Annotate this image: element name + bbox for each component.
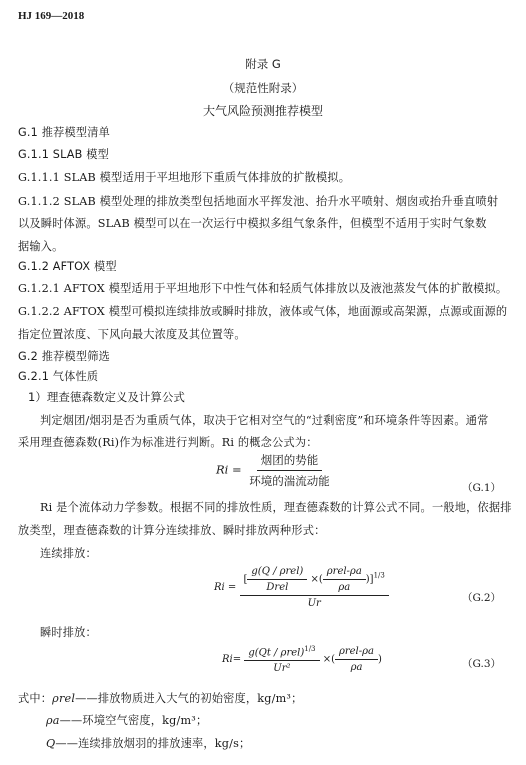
equation-g2-inner-num: g(Q / ρrel) xyxy=(251,566,303,577)
equation-g1-lhs: Ri xyxy=(216,463,228,477)
equation-g2-ratio-den: ρa xyxy=(338,582,350,593)
symbol-rho-a: ρa xyxy=(46,714,60,727)
paragraph-2-line2: 放类型，理查德森数的计算分连续排放、瞬时排放两种形式： xyxy=(18,522,325,538)
definition-rho-a: ρa——环境空气密度，kg/m³； xyxy=(46,712,207,728)
section-g21-heading: G.2.1 气体性质 xyxy=(18,368,98,384)
definition-rho-rel: 式中：ρrel——排放物质进入大气的初始密度，kg/m³； xyxy=(18,690,303,706)
continuous-release-label: 连续排放： xyxy=(40,545,97,561)
definition-rho-a-text: ——环境空气密度，kg/m³； xyxy=(60,714,208,727)
equation-g2-ratio-num: ρrel-ρa xyxy=(327,566,362,577)
section-g2-heading: G.2 推荐模型筛选 xyxy=(18,348,110,364)
equation-g1-number: （G.1） xyxy=(462,480,501,495)
clause-g122-line2: 指定位置浓度、下风向最大浓度及其位置等。 xyxy=(18,326,246,342)
definition-q-text: ——连续排放烟羽的排放速率，kg/s； xyxy=(55,737,250,750)
equation-g3-num: g(Qt / ρrel) xyxy=(248,647,304,658)
section-g12-heading: G.1.2 AFTOX 模型 xyxy=(18,258,117,274)
equation-g1: Ri = 烟团的势能 环境的湍流动能 xyxy=(216,452,334,489)
appendix-label: 附录 G xyxy=(0,56,526,72)
symbol-rho-rel: ρrel xyxy=(52,692,75,705)
equation-g3-number: （G.3） xyxy=(462,656,501,671)
equation-g2-denominator: Ur xyxy=(308,598,321,609)
clause-g121: G.1.2.1 AFTOX 模型适用于平坦地形下中性气体和轻质气体排放以及液池蒸… xyxy=(18,280,507,296)
equation-g3-lhs: Ri xyxy=(222,654,233,665)
clause-g112-line2: 以及瞬时体源。SLAB 模型可以在一次运行中模拟多组气象条件，但模型不适用于实时… xyxy=(18,215,487,231)
equation-g2-inner-den: Drel xyxy=(266,582,288,593)
equation-g3-exponent: 1/3 xyxy=(304,645,315,653)
equation-g2-number: （G.2） xyxy=(462,590,501,605)
equation-g2-lhs: Ri xyxy=(214,582,225,593)
equation-g3-ratio-den: ρa xyxy=(351,662,363,673)
standard-code-header: HJ 169—2018 xyxy=(18,10,84,22)
clause-g111: G.1.1.1 SLAB 模型适用于平坦地形下重质气体排放的扩散模拟。 xyxy=(18,169,350,185)
equation-g2: Ri = [g(Q / ρrel)Drel ×(ρrel-ρaρa)]1/3 U… xyxy=(214,566,389,609)
equation-g3: Ri= g(Qt / ρrel)1/3 Ur² ×( ρrel-ρa ρa ) xyxy=(222,645,382,674)
paragraph-2-line1: Ri 是个流体动力学参数。根据不同的排放性质，理查德森数的计算公式不同。一般地，… xyxy=(40,499,512,515)
paragraph-1-line2: 采用理查德森数(Ri)作为标准进行判断。Ri 的概念公式为： xyxy=(18,434,318,450)
definition-rho-rel-text: ——排放物质进入大气的初始密度，kg/m³； xyxy=(75,692,302,705)
definition-q: Q——连续排放烟羽的排放速率，kg/s； xyxy=(46,735,250,751)
clause-g112-line1: G.1.1.2 SLAB 模型处理的排放类型包括地面水平挥发池、抬升水平喷射、烟… xyxy=(18,193,498,209)
clause-g122-line1: G.1.2.2 AFTOX 模型可模拟连续排放或瞬时排放，液体或气体，地面源或高… xyxy=(18,303,507,319)
equation-g3-den: Ur² xyxy=(273,663,290,674)
equation-g3-ratio-num: ρrel-ρa xyxy=(339,646,374,657)
equation-g1-denominator: 环境的湍流动能 xyxy=(245,471,334,489)
item1-heading: 1）理查德森数定义及计算公式 xyxy=(28,389,185,405)
symbol-q: Q xyxy=(46,737,55,750)
instant-release-label: 瞬时排放： xyxy=(40,624,97,640)
equation-g2-exponent: 1/3 xyxy=(374,572,385,580)
equation-g1-numerator: 烟团的势能 xyxy=(257,452,323,471)
definitions-intro: 式中： xyxy=(18,692,52,705)
appendix-nature: （规范性附录） xyxy=(0,80,526,96)
paragraph-1-line1: 判定烟团/烟羽是否为重质气体，取决于它相对空气的“过剩密度”和环境条件等因素。通… xyxy=(40,412,489,428)
clause-g112-line3: 据输入。 xyxy=(18,238,64,254)
section-g11-heading: G.1.1 SLAB 模型 xyxy=(18,146,109,162)
appendix-title: 大气风险预测推荐模型 xyxy=(0,102,526,119)
section-g1-heading: G.1 推荐模型清单 xyxy=(18,124,110,140)
